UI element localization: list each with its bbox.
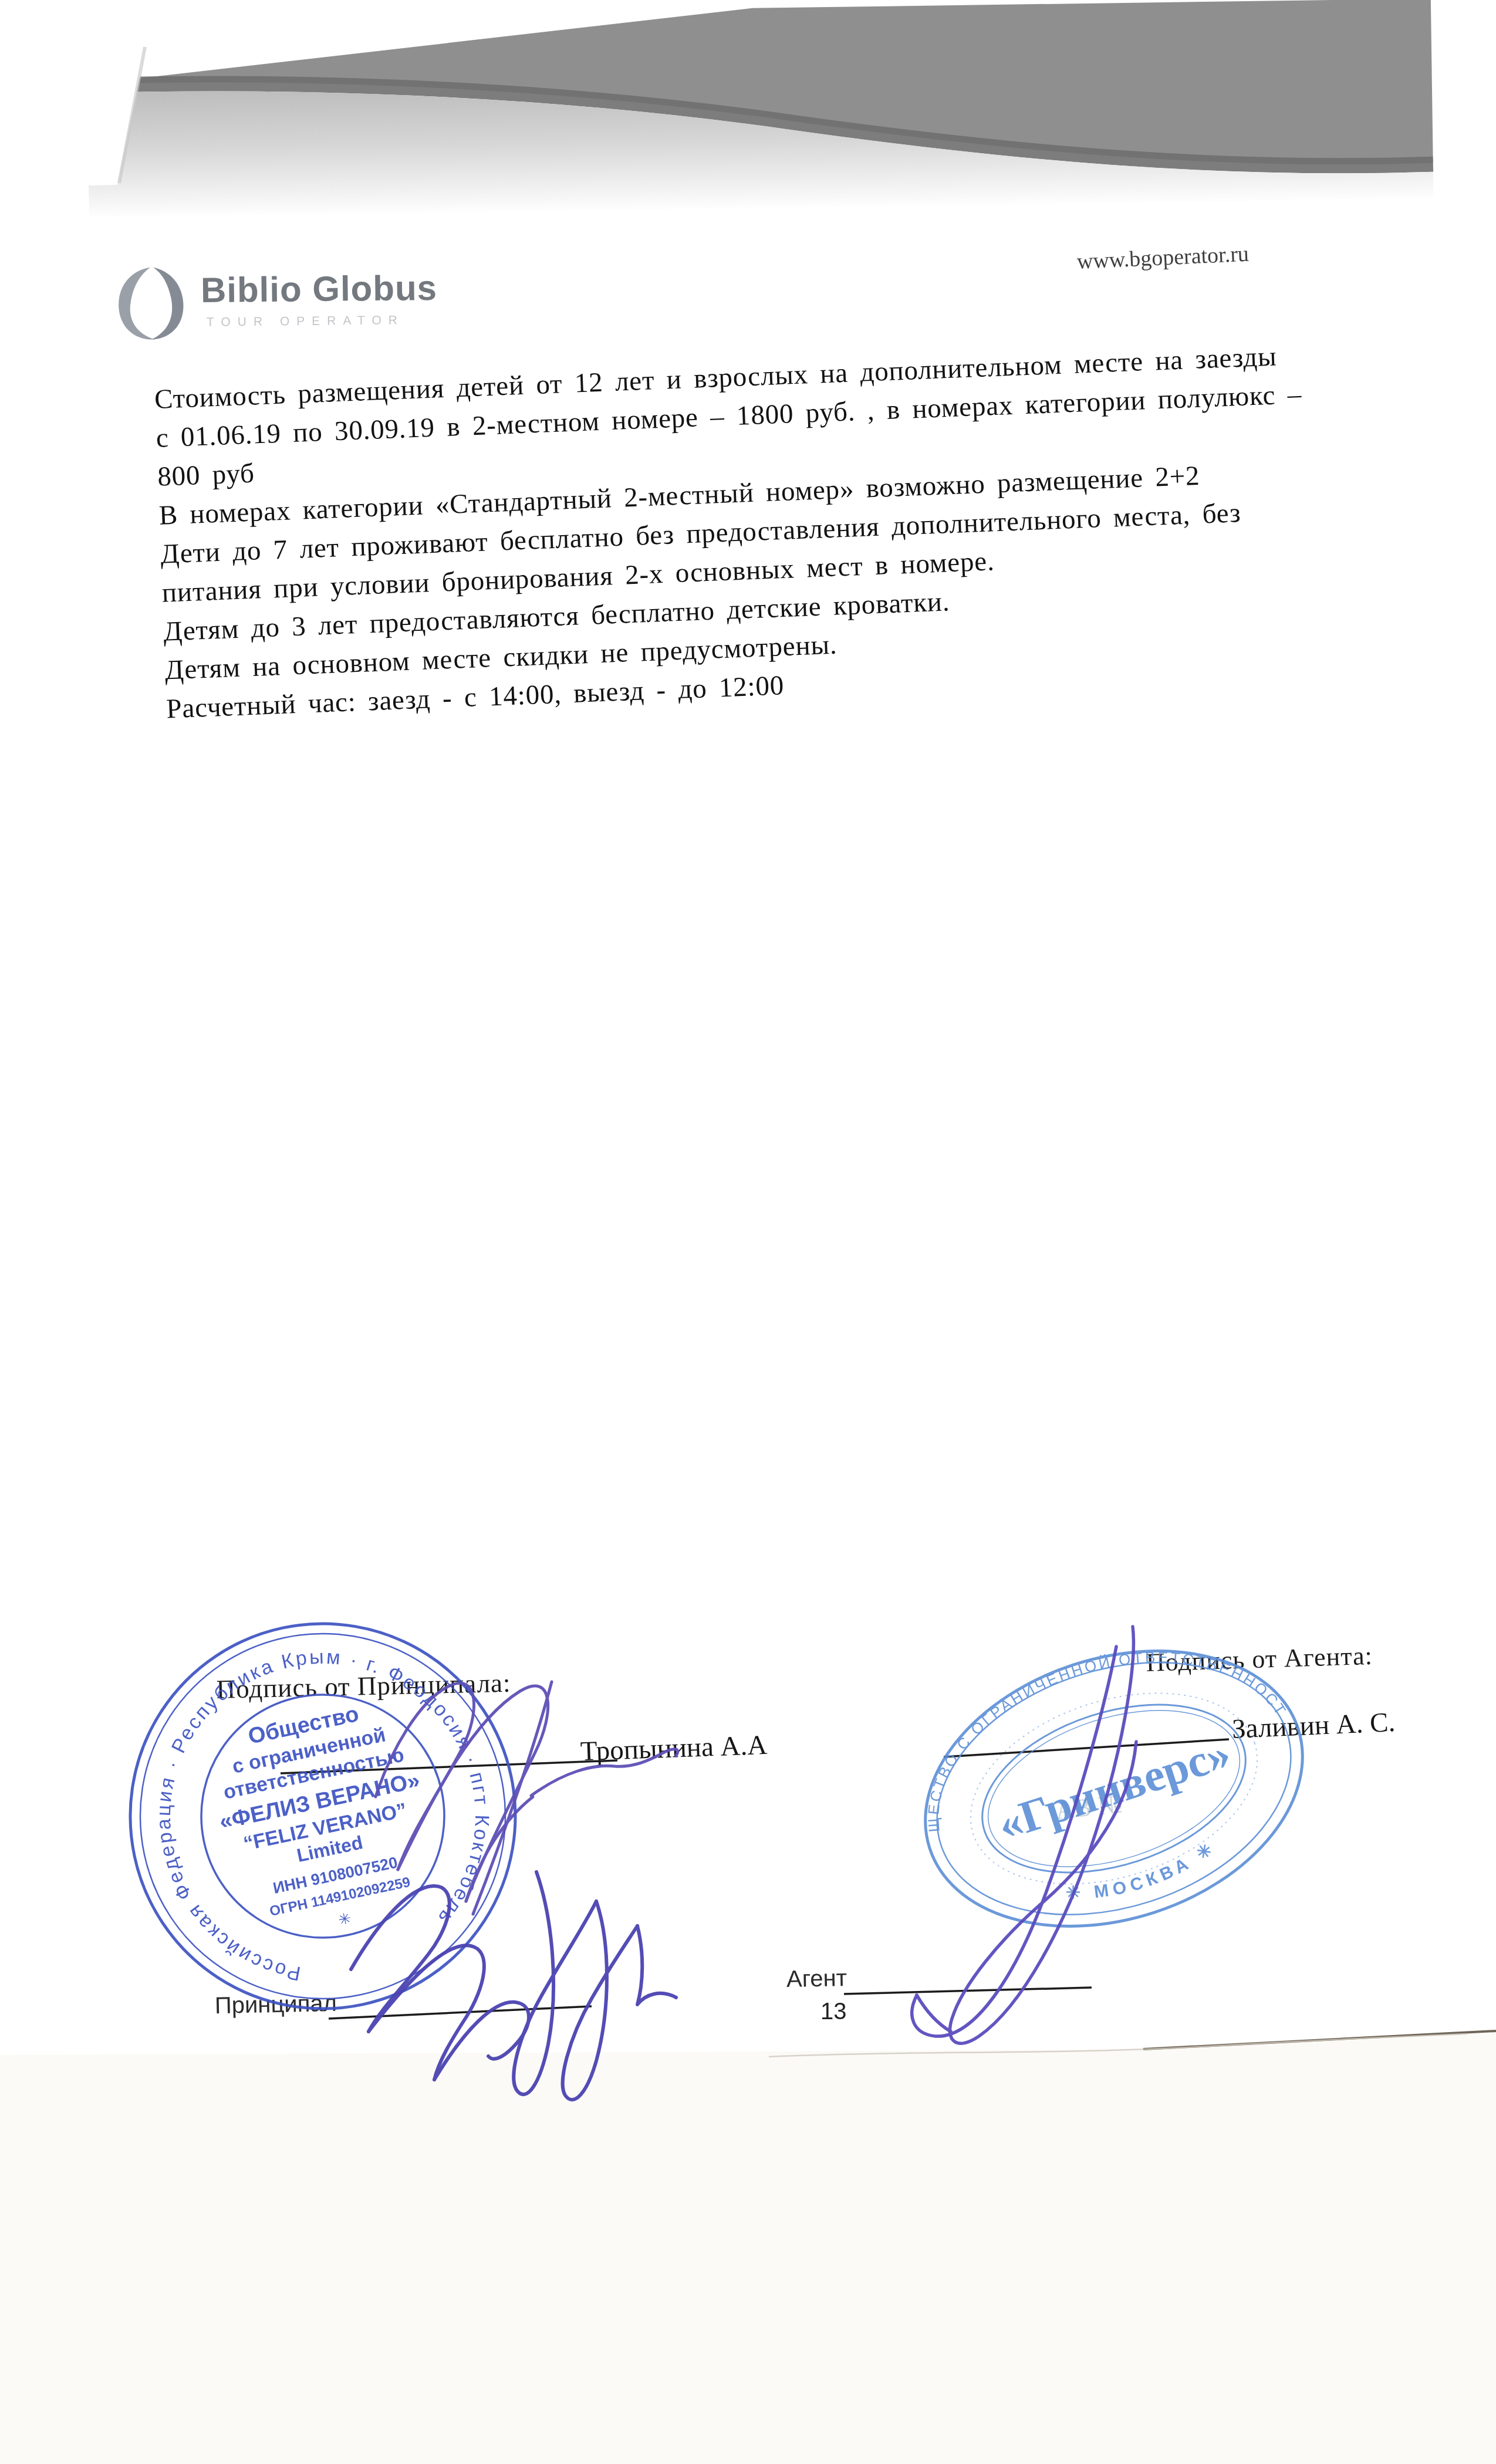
- agent-signature-heading: Подпись от Агента:: [1146, 1641, 1373, 1678]
- page-number: 13: [820, 1999, 847, 2025]
- agent-role-label: Агент: [786, 1965, 847, 1993]
- stamp-line: ответственностью: [221, 1743, 406, 1803]
- website-url: www.bgoperator.ru: [1076, 241, 1250, 275]
- agent-signature: [912, 1627, 1136, 2043]
- document-body-text: Стоимость размещения детей от 12 лет и в…: [154, 330, 1481, 729]
- stamp-star: ✳: [336, 1909, 353, 1929]
- principal-role-label: Принципал: [215, 1990, 337, 2019]
- principal-signature: [376, 1682, 678, 1914]
- biblio-globus-logo-icon: [113, 263, 188, 344]
- scanned-document-page: Biblio Globus TOUR OPERATOR www.bgoperat…: [0, 0, 1496, 2464]
- agent-bottom-line: [844, 1988, 1092, 1994]
- principal-bottom-line: [329, 2006, 592, 2019]
- stamp-line: Общество: [246, 1702, 361, 1749]
- scan-wave-band: [72, 0, 1448, 218]
- principal-bottom-signature: [351, 1872, 676, 2100]
- agent-signature-line: [944, 1739, 1229, 1757]
- stamp-line: “FELIZ VERANO”: [241, 1799, 408, 1855]
- stamp-line: ОГРН 1149102092259: [268, 1874, 412, 1919]
- principal-signature-heading: Подпись от Принципала:: [216, 1668, 511, 1705]
- paper-bottom-area: [0, 2031, 1496, 2464]
- paper-edge-faint-line: [769, 2034, 1467, 2057]
- agent-stamp-ring-bottom: ✳ МОСКВА ✳: [1060, 1835, 1224, 1916]
- paper-edge-line: [1143, 2031, 1496, 2049]
- brand-name: Biblio Globus: [201, 268, 438, 310]
- stamp-serial-text: АВ №: [1054, 1789, 1124, 1825]
- stamp-line: с ограниченной: [230, 1723, 387, 1777]
- principal-name: Тропынина А.А: [580, 1729, 768, 1767]
- agent-name: Заливин А. С.: [1231, 1706, 1396, 1745]
- brand-tagline: TOUR OPERATOR: [207, 313, 404, 330]
- stamp-line: ИНН 9108007520: [272, 1854, 400, 1897]
- principal-signature-line: [281, 1760, 617, 1773]
- agent-stamp-center: «Гринверс»: [991, 1727, 1237, 1850]
- svg-text:✳ МОСКВА ✳: ✳ МОСКВА ✳: [1060, 1835, 1224, 1916]
- stamp-line: Limited: [295, 1831, 364, 1866]
- stamp-line: «ФЕЛИЗ ВЕРАНО»: [217, 1768, 422, 1834]
